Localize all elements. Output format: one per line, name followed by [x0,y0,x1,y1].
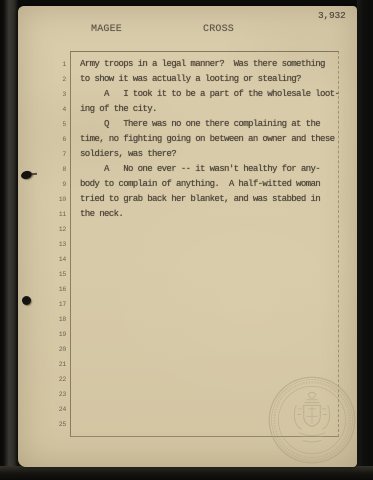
line-number: 2 [44,72,66,87]
transcript-line: the neck. [80,207,342,222]
transcript-line: tried to grab back her blanket, and was … [80,192,342,207]
transcript-line: Army troops in a legal manner? Was there… [80,57,342,72]
line-number: 22 [44,372,66,387]
scan-edge-right [357,0,373,480]
binder-hole-icon [20,170,33,180]
transcript-line: soldiers, was there? [80,147,342,162]
transcript-line: to show it was actually a looting or ste… [80,72,342,87]
line-number: 10 [44,192,66,207]
examination-type-header: CROSS [203,24,234,35]
line-number: 8 [44,162,66,177]
binder-hole-icon [22,296,31,305]
line-number: 14 [44,252,66,267]
transcript-line: A I took it to be a part of the wholesal… [80,87,342,102]
line-number: 11 [44,207,66,222]
paper-sheet: 3,932 MAGEE CROSS 1234567891011121314151… [18,6,357,467]
scan-edge-left [0,0,18,480]
line-number: 18 [44,312,66,327]
line-number: 12 [44,222,66,237]
line-number: 24 [44,402,66,417]
witness-name-header: MAGEE [91,24,122,35]
line-number: 15 [44,267,66,282]
line-number: 25 [44,417,66,432]
line-number: 19 [44,327,66,342]
scanned-transcript-page: 3,932 MAGEE CROSS 1234567891011121314151… [0,0,373,480]
transcript-line: time, no fighting going on between an ow… [80,132,342,147]
transcript-line: Q There was no one there complaining at … [80,117,342,132]
line-number: 3 [44,87,66,102]
line-number: 6 [44,132,66,147]
notary-seal-icon [266,374,358,466]
transcript-line: body to complain of anything. A half-wit… [80,177,342,192]
line-number: 5 [44,117,66,132]
line-number: 20 [44,342,66,357]
line-number-column: 1234567891011121314151617181920212223242… [44,57,66,432]
transcript-line: ing of the city. [80,102,342,117]
line-number: 17 [44,297,66,312]
line-number: 16 [44,282,66,297]
line-number: 1 [44,57,66,72]
line-number: 13 [44,237,66,252]
page-number: 3,932 [318,10,373,21]
line-number: 9 [44,177,66,192]
line-number: 23 [44,387,66,402]
transcript-line: A No one ever -- it wasn't healthy for a… [80,162,342,177]
line-number: 21 [44,357,66,372]
scan-edge-bottom [0,466,373,480]
line-number: 4 [44,102,66,117]
line-number: 7 [44,147,66,162]
transcript-text-block: Army troops in a legal manner? Was there… [80,57,342,222]
